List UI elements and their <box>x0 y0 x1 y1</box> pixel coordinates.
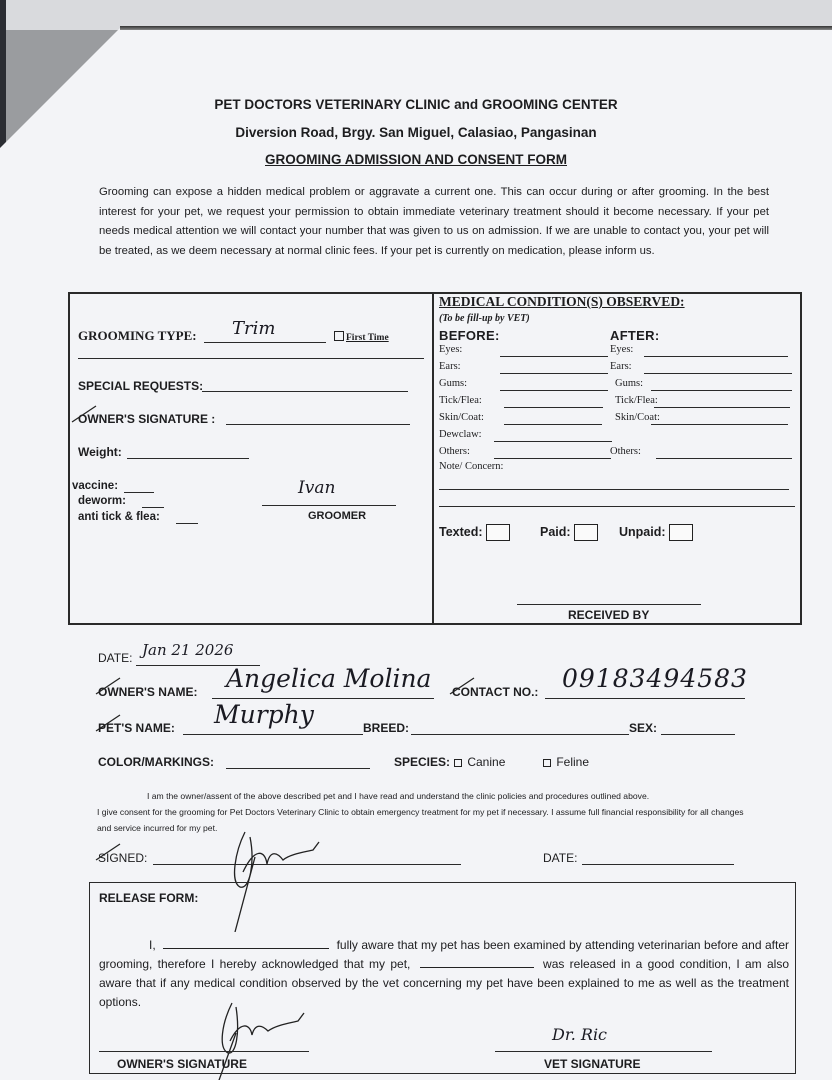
owner-name-field[interactable]: Angelica Molina <box>226 664 431 693</box>
signed-label: SIGNED: <box>98 851 147 865</box>
checkbox-icon <box>543 759 551 767</box>
received-by-line[interactable] <box>517 604 701 605</box>
vaccine-field[interactable] <box>124 492 154 493</box>
consent-line-1: I am the owner/assent of the above descr… <box>97 788 747 804</box>
before-gums-label: Gums: <box>439 378 467 389</box>
note-line-1[interactable] <box>439 489 789 490</box>
after-gums-label: Gums: <box>615 378 643 389</box>
groomer-label: GROOMER <box>308 510 366 522</box>
anti-tick-flea-label: anti tick & flea: <box>78 511 160 523</box>
groomer-signature: Ivan <box>298 478 335 498</box>
after-skincoat-label: Skin/Coat: <box>615 412 660 423</box>
after-eyes-label: Eyes: <box>610 344 633 355</box>
after-tickflea-field[interactable] <box>654 407 790 408</box>
deworm-field[interactable] <box>142 507 164 508</box>
before-others-field[interactable] <box>494 458 611 459</box>
note-concern-label: Note/ Concern: <box>439 461 503 472</box>
unpaid-label: Unpaid: <box>619 525 666 539</box>
species-canine-option[interactable]: Canine <box>454 755 505 769</box>
received-by-label: RECEIVED BY <box>568 608 649 622</box>
consent-date-field[interactable] <box>582 864 734 865</box>
form-title: GROOMING ADMISSION AND CONSENT FORM <box>0 152 832 167</box>
contact-field[interactable]: 09183494583 <box>562 664 748 693</box>
consent-paragraph: I am the owner/assent of the above descr… <box>97 788 747 836</box>
owner-name-line <box>212 698 434 699</box>
sex-label: SEX: <box>629 721 657 735</box>
before-dewclaw-label: Dewclaw: <box>439 429 482 440</box>
deworm-label: deworm: <box>78 495 126 507</box>
owner-signature-label: OWNER'S SIGNATURE : <box>78 412 215 426</box>
pet-name-label: PET'S NAME: <box>98 721 175 735</box>
owner-signature-field[interactable] <box>226 424 410 425</box>
paid-checkbox[interactable]: Paid: <box>540 524 598 541</box>
owner-name-label: OWNER'S NAME: <box>98 685 198 699</box>
note-line-2[interactable] <box>439 506 795 507</box>
after-label: AFTER: <box>610 328 659 343</box>
grooming-medical-box: GROOMING TYPE: Trim First Time SPECIAL R… <box>68 292 802 625</box>
checkbox-icon <box>574 524 598 541</box>
contact-line <box>545 698 745 699</box>
special-requests-field[interactable] <box>202 391 408 392</box>
after-ears-label: Ears: <box>610 361 632 372</box>
color-markings-field[interactable] <box>226 768 370 769</box>
date-field[interactable]: Jan 21 2026 <box>142 641 233 659</box>
clinic-address: Diversion Road, Brgy. San Miguel, Calasi… <box>0 125 832 140</box>
box-divider <box>432 294 434 623</box>
release-form-text: I, fully aware that my pet has been exam… <box>99 936 789 1012</box>
after-eyes-field[interactable] <box>644 356 788 357</box>
feline-label: Feline <box>556 755 589 769</box>
special-requests-label: SPECIAL REQUESTS: <box>78 379 203 393</box>
after-others-field[interactable] <box>656 458 792 459</box>
pet-name-field[interactable]: Murphy <box>214 700 314 729</box>
medical-title: MEDICAL CONDITION(S) OBSERVED: <box>439 294 685 310</box>
weight-label: Weight: <box>78 445 122 459</box>
texted-checkbox[interactable]: Texted: <box>439 524 510 541</box>
release-owner-signature-line[interactable] <box>99 1051 309 1052</box>
release-text-i: I, <box>99 938 156 952</box>
vet-signature-label: VET SIGNATURE <box>544 1057 640 1071</box>
breed-field[interactable] <box>411 734 629 735</box>
release-owner-signature-label: OWNER'S SIGNATURE <box>117 1057 247 1071</box>
checkbox-icon <box>486 524 510 541</box>
consent-date-label: DATE: <box>543 851 577 865</box>
medical-subtitle: (To be fill-up by VET) <box>439 313 530 324</box>
date-label: DATE: <box>98 651 132 665</box>
before-dewclaw-field[interactable] <box>494 441 612 442</box>
before-ears-field[interactable] <box>500 373 608 374</box>
before-eyes-field[interactable] <box>500 356 608 357</box>
paid-label: Paid: <box>540 525 571 539</box>
vet-signature: Dr. Ric <box>552 1025 607 1044</box>
weight-field[interactable] <box>127 458 249 459</box>
before-skincoat-field[interactable] <box>504 424 602 425</box>
pet-name-line <box>183 734 363 735</box>
after-gums-field[interactable] <box>651 390 792 391</box>
intro-paragraph: Grooming can expose a hidden medical pro… <box>99 183 769 261</box>
species-feline-option[interactable]: Feline <box>543 755 589 769</box>
release-form-title: RELEASE FORM: <box>99 891 198 905</box>
grooming-type-field[interactable]: Trim <box>232 318 275 339</box>
before-tickflea-field[interactable] <box>504 407 603 408</box>
before-skincoat-label: Skin/Coat: <box>439 412 484 423</box>
color-markings-label: COLOR/MARKINGS: <box>98 755 214 769</box>
after-tickflea-label: Tick/Flea: <box>615 395 658 406</box>
page-top-edge <box>120 26 832 30</box>
checkbox-icon <box>334 331 344 341</box>
breed-label: BREED: <box>363 721 409 735</box>
checkbox-icon <box>454 759 462 767</box>
texted-label: Texted: <box>439 525 483 539</box>
grooming-type-label: GROOMING TYPE: <box>78 328 197 344</box>
before-label: BEFORE: <box>439 328 500 343</box>
after-ears-field[interactable] <box>644 373 792 374</box>
canine-label: Canine <box>467 755 505 769</box>
grooming-type-line <box>204 342 326 343</box>
after-others-label: Others: <box>610 446 641 457</box>
consent-line-2: I give consent for the grooming for Pet … <box>97 804 747 836</box>
before-others-label: Others: <box>439 446 470 457</box>
first-time-label: First Time <box>346 333 389 343</box>
before-gums-field[interactable] <box>500 390 608 391</box>
release-form-box: RELEASE FORM: I, fully aware that my pet… <box>89 882 796 1074</box>
vet-signature-line[interactable] <box>495 1051 712 1052</box>
before-tickflea-label: Tick/Flea: <box>439 395 482 406</box>
grooming-type-line-2 <box>78 358 424 359</box>
release-pet-name-field[interactable] <box>420 956 534 968</box>
contact-label: CONTACT NO.: <box>452 685 538 699</box>
species-label: SPECIES: <box>394 755 450 769</box>
after-skincoat-field[interactable] <box>651 424 788 425</box>
before-ears-label: Ears: <box>439 361 461 372</box>
checkbox-icon <box>669 524 693 541</box>
first-time-checkbox[interactable]: First Time <box>334 331 389 343</box>
before-eyes-label: Eyes: <box>439 344 462 355</box>
groomer-line[interactable] <box>262 505 396 506</box>
anti-tick-flea-field[interactable] <box>176 523 198 524</box>
unpaid-checkbox[interactable]: Unpaid: <box>619 524 693 541</box>
vaccine-label: vaccine: <box>72 480 118 492</box>
sex-field[interactable] <box>661 734 735 735</box>
signed-field[interactable] <box>153 864 461 865</box>
release-owner-name-field[interactable] <box>163 937 329 949</box>
clinic-name: PET DOCTORS VETERINARY CLINIC and GROOMI… <box>0 97 832 112</box>
